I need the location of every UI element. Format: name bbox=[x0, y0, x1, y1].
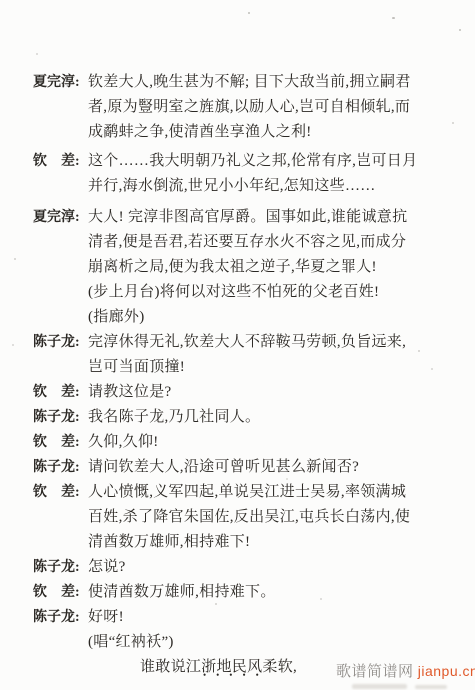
script-line: 并行,海水倒流,世兄小小年纪,怎知这些…… bbox=[33, 174, 465, 199]
speaker-name: 钦 差: bbox=[33, 480, 88, 505]
script-line: 清者,便是吾君,若还要互存水火不容之见,而成分 bbox=[33, 230, 465, 255]
scan-speck bbox=[248, 12, 250, 14]
speaker-name: 陈子龙: bbox=[33, 555, 88, 580]
script-line: 岂可当面顶撞! bbox=[33, 355, 465, 380]
script-line: (步上月台)将何以对这些不怕死的父老百姓! bbox=[33, 280, 465, 305]
watermark-url: jianpu.cn bbox=[418, 663, 475, 679]
script-line: (唱“红衲袄”) bbox=[33, 630, 465, 655]
dialogue-text: 完淳休得无礼,钦差大人不辞鞍马劳顿,负旨远来, bbox=[88, 330, 465, 355]
dialogue-text: 者,原为豎明室之旌旗,以励人心,岂可自相倾轧,而 bbox=[88, 95, 465, 120]
dialogue-text: 请教这位是? bbox=[88, 380, 465, 405]
dialogue-text: 崩离析之局,便为我太祖之逆子,华夏之罪人! bbox=[88, 255, 465, 280]
scan-speck bbox=[459, 29, 461, 31]
scanned-script-page: 夏完淳:钦差大人,晚生甚为不解; 目下大敌当前,拥立嗣君 者,原为豎明室之旌旗,… bbox=[0, 0, 475, 690]
speaker-name: 陈子龙: bbox=[33, 330, 88, 355]
speaker-name: 夏完淳: bbox=[33, 70, 88, 95]
script-line: 钦 差:使清酋数万雄师,相持难下。 bbox=[33, 580, 465, 605]
dialogue-text: 钦差大人,晚生甚为不解; 目下大敌当前,拥立嗣君 bbox=[88, 70, 465, 95]
dialogue-text: 成鹬蚌之争,使清酋坐享渔人之利! bbox=[88, 120, 465, 145]
dialogue-text: 清酋数万雄师,相持难下! bbox=[88, 530, 465, 555]
scan-speck bbox=[286, 478, 288, 480]
scan-speck bbox=[418, 350, 420, 352]
script-line: 夏完淳:钦差大人,晚生甚为不解; 目下大敌当前,拥立嗣君 bbox=[33, 70, 465, 95]
watermark: 歌谱简谱网 jianpu.cn bbox=[336, 660, 475, 681]
script-line: 陈子龙:请问钦差大人,沿途可曾听见甚么新闻否? bbox=[33, 455, 465, 480]
script-line: 成鹬蚌之争,使清酋坐享渔人之利! bbox=[33, 120, 465, 145]
speaker-name: 陈子龙: bbox=[33, 405, 88, 430]
speaker-name: 陈子龙: bbox=[33, 605, 88, 630]
scan-artifact bbox=[415, 685, 447, 689]
script-line: 陈子龙:我名陈子龙,乃几社同人。 bbox=[33, 405, 465, 430]
dialogue-text: 大人! 完淳非图高官厚爵。国事如此,谁能诚意抗 bbox=[88, 205, 465, 230]
dialogue-text: 岂可当面顶撞! bbox=[88, 355, 465, 380]
dialogue-text: 我名陈子龙,乃几社同人。 bbox=[88, 405, 465, 430]
script-text-block: 夏完淳:钦差大人,晚生甚为不解; 目下大敌当前,拥立嗣君 者,原为豎明室之旌旗,… bbox=[33, 70, 465, 680]
script-line: 钦 差:久仰,久仰! bbox=[33, 430, 465, 455]
script-line: 钦 差:这个……我大明朝乃礼义之邦,伦常有序,岂可日月 bbox=[33, 149, 465, 174]
script-line: 夏完淳:大人! 完淳非图高官厚爵。国事如此,谁能诚意抗 bbox=[33, 205, 465, 230]
speaker-name: 钦 差: bbox=[33, 149, 88, 174]
lyric-emphasis-dots: ••••• bbox=[203, 670, 269, 680]
scan-speck bbox=[320, 598, 322, 600]
speaker-name: 夏完淳: bbox=[33, 205, 88, 230]
stage-direction-text: (指廊外) bbox=[88, 305, 465, 330]
stage-direction-text: (步上月台)将何以对这些不怕死的父老百姓! bbox=[88, 280, 465, 305]
dialogue-text: 请问钦差大人,沿途可曾听见甚么新闻否? bbox=[88, 455, 465, 480]
dialogue-text: 好呀! bbox=[88, 605, 465, 630]
script-line: (指廊外) bbox=[33, 305, 465, 330]
script-line: 钦 差:请教这位是? bbox=[33, 380, 465, 405]
dialogue-text: 这个……我大明朝乃礼义之邦,伦常有序,岂可日月 bbox=[88, 149, 465, 174]
dialogue-text: 并行,海水倒流,世兄小小年纪,怎知这些…… bbox=[88, 174, 465, 199]
speaker-name: 钦 差: bbox=[33, 580, 88, 605]
script-line: 崩离析之局,便为我太祖之逆子,华夏之罪人! bbox=[33, 255, 465, 280]
dialogue-text: 怎说? bbox=[88, 555, 465, 580]
dialogue-text: 久仰,久仰! bbox=[88, 430, 465, 455]
scan-speck bbox=[14, 258, 16, 260]
dialogue-text: 清者,便是吾君,若还要互存水火不容之见,而成分 bbox=[88, 230, 465, 255]
script-line: 百姓,杀了降官朱国佐,反出吴江,屯兵长白荡内,使 bbox=[33, 505, 465, 530]
script-line: 陈子龙:好呀! bbox=[33, 605, 465, 630]
scan-speck bbox=[452, 122, 454, 124]
script-line: 者,原为豎明室之旌旗,以励人心,岂可自相倾轧,而 bbox=[33, 95, 465, 120]
speaker-name: 钦 差: bbox=[33, 430, 88, 455]
scan-speck bbox=[36, 53, 38, 55]
dialogue-text: 使清酋数万雄师,相持难下。 bbox=[88, 580, 465, 605]
scan-speck bbox=[12, 344, 14, 346]
scan-artifact bbox=[352, 684, 407, 689]
watermark-site-name: 歌谱简谱网 bbox=[336, 664, 414, 680]
scan-speck bbox=[431, 368, 433, 370]
script-line: 清酋数万雄师,相持难下! bbox=[33, 530, 465, 555]
script-line: 钦 差:人心愤慨,义军四起,单说吴江进士吴易,率领满城 bbox=[33, 480, 465, 505]
speaker-name: 钦 差: bbox=[33, 380, 88, 405]
speaker-name: 陈子龙: bbox=[33, 455, 88, 480]
scan-speck bbox=[215, 603, 217, 605]
dialogue-text: 人心愤慨,义军四起,单说吴江进士吴易,率领满城 bbox=[88, 480, 465, 505]
script-line: 陈子龙:怎说? bbox=[33, 555, 465, 580]
script-line: 陈子龙:完淳休得无礼,钦差大人不辞鞍马劳顿,负旨远来, bbox=[33, 330, 465, 355]
aria-cue-text: (唱“红衲袄”) bbox=[88, 630, 465, 655]
dialogue-text: 百姓,杀了降官朱国佐,反出吴江,屯兵长白荡内,使 bbox=[88, 505, 465, 530]
scan-speck bbox=[392, 17, 395, 19]
